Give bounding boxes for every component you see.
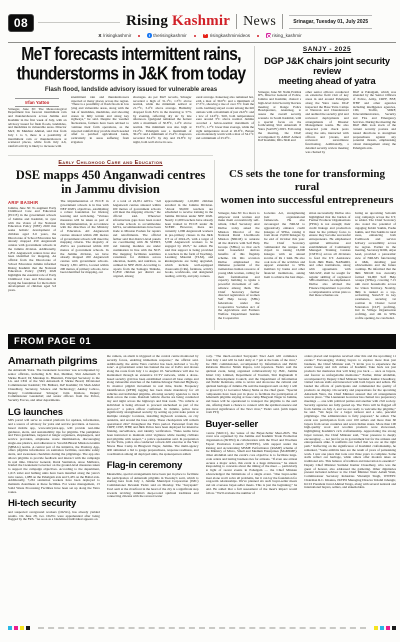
cs-column-2-text: Societies Act, strengthening their organ… xyxy=(264,212,306,340)
column-rule-vertical xyxy=(254,46,255,176)
met-byline: Irfan Yattoo xyxy=(15,98,59,107)
dgp-headline-line2: meeting ahead of yatra xyxy=(279,76,376,86)
dse-column-4-text: approximately 1,10,000 children enrolled… xyxy=(165,200,213,326)
continuation-column-2: the camera, an alarm is triggered at the… xyxy=(107,355,199,621)
social-x-handle: /risingkashmir xyxy=(103,33,131,38)
continuation-text: and suspected overground workers (OGWs),… xyxy=(8,511,100,522)
registration-cyan-square xyxy=(380,626,384,630)
met-column-2-text: intermittent rain and thundershowers exp… xyxy=(71,96,130,150)
registration-yellow-square xyxy=(374,626,378,630)
met-headline: MeT forecasts intermittent rains, thunde… xyxy=(10,46,251,85)
article-dgp-security-review: SANJY - 2025 DGP J&K chairs joint securi… xyxy=(258,46,396,183)
article-met-forecast: MeT forecasts intermittent rains, thunde… xyxy=(8,46,254,150)
dgp-kicker: SANJY - 2025 xyxy=(258,46,396,53)
registration-black-square xyxy=(26,626,30,630)
cs-column-4-text: during an upcoming 3-month long campaign… xyxy=(355,212,397,340)
x-icon: X xyxy=(98,33,101,38)
social-facebook: f therisingkashmir xyxy=(147,33,186,38)
dse-byline: ARIF BASHIR xyxy=(8,200,56,205)
registration-dash-strip xyxy=(38,627,366,629)
continuation-text: Meanwhile, special arrangements have bee… xyxy=(107,473,199,499)
social-youtube: ▶ risingkashmirvideos xyxy=(203,33,250,38)
masthead-logo: Rising Kashmir xyxy=(126,13,230,30)
continuation-heading-buyer-seller: Buyer-seller xyxy=(206,419,298,430)
continuation-text: body. “The much-awaited Suryaputri Tawi … xyxy=(206,355,298,415)
page-number-badge: 08 xyxy=(8,14,34,32)
social-instagram-handle: rising_kashmir xyxy=(272,33,302,38)
from-page-banner: FROM PAGE 01 xyxy=(8,334,396,349)
continuation-heading-amarnath-pilgrims: Amarnath pilgrims xyxy=(8,355,100,367)
header-hairline xyxy=(38,22,120,23)
masthead-logo-red: Kashmir xyxy=(172,13,230,29)
continuation-text: orders placed and inquiries received aft… xyxy=(304,355,396,490)
cs-headline-line2: women into successful entrepreneurs xyxy=(221,194,394,206)
dse-headline: DSE mapps 450 Anganwadi centres in Jammu… xyxy=(8,168,213,196)
cs-headline-line1: CS sets the tone for transforming rural xyxy=(229,168,385,193)
dse-column-1: ARIF BASHIR Jammu, June 30: To augment E… xyxy=(8,200,56,326)
met-column-3-text: shortages. As per MeT records, Srinagar … xyxy=(133,96,192,150)
newspaper-page: 08 Rising Kashmir News Srinagar, Tuesday… xyxy=(0,0,400,642)
continuation-heading-lg-launches: LG launches xyxy=(8,407,100,418)
continuation-column-4: orders placed and inquiries received aft… xyxy=(304,355,396,621)
section-rule xyxy=(8,155,213,156)
continuation-text: the Amarnath Yatra. The Lieutenant Gover… xyxy=(8,369,100,403)
continuation-column-1: Amarnath pilgrims the Amarnath Yatra. Th… xyxy=(8,355,100,621)
continuation-heading-flag-in-ceremony: Flag-in ceremony xyxy=(107,460,199,471)
facebook-icon: f xyxy=(147,33,152,38)
masthead: Rising Kashmir News Srinagar, Tuesday 01… xyxy=(126,12,372,31)
continuation-column-3: body. “The much-awaited Suryaputri Tawi … xyxy=(206,355,298,621)
dse-headline-line2: in Jammu division xyxy=(61,182,160,196)
registration-yellow-square xyxy=(20,626,24,630)
continuation-heading-hi-tech-security: Hi-tech security xyxy=(8,498,100,509)
article-dse-anganwadi: Early Childhood Care and Education DSE m… xyxy=(8,160,213,326)
dateline: Srinagar, Tuesday 01, July 2025 xyxy=(289,15,372,29)
masthead-logo-black: Rising xyxy=(126,13,168,29)
continuation-text: Centre (SKICC), the venue of the Buyer-S… xyxy=(206,432,298,496)
met-headline-line1: MeT forecasts intermittent rains, xyxy=(21,45,241,65)
dot-separator xyxy=(138,35,140,37)
registration-magenta-square xyxy=(386,626,390,630)
print-registration-marks xyxy=(8,626,396,630)
registration-black-square xyxy=(392,626,396,630)
dse-column-1-text: Jammu, June 30: To augment Early Childho… xyxy=(8,207,56,293)
met-body-columns: Irfan Yattoo Srinagar, June 30: The Mete… xyxy=(8,96,254,150)
met-headline-line2: thunderstorms in J&K from today xyxy=(17,65,246,85)
met-column-4-text: sonal average. Kokernag also remained ho… xyxy=(196,96,255,150)
youtube-icon: ▶ xyxy=(203,34,209,38)
social-x: X /risingkashmir xyxy=(98,33,131,38)
cs-column-3-text: sition successfully. Dulloo also highlig… xyxy=(309,212,351,340)
article-cs-rural-women: CS sets the tone for transforming rural … xyxy=(218,168,396,340)
instagram-icon xyxy=(266,33,271,38)
column-rule-vertical xyxy=(214,160,215,330)
header-rule xyxy=(8,42,396,43)
social-youtube-handle: risingkashmirvideos xyxy=(210,33,250,38)
met-column-1: Irfan Yattoo Srinagar, June 30: The Mete… xyxy=(8,96,67,150)
met-subtitle: Flash flood, landslide advisory issued f… xyxy=(8,86,254,93)
social-handles-row: X /risingkashmir f therisingkashmir ▶ ri… xyxy=(0,33,400,38)
dse-column-2-text: The implementation of ECCE in government… xyxy=(60,200,108,326)
dse-kicker: Early Childhood Care and Education xyxy=(8,160,213,166)
cs-headline: CS sets the tone for transforming rural … xyxy=(218,168,396,207)
dse-column-3-text: of a total of 24,951 AWCs. “All Anganwad… xyxy=(113,200,161,326)
dse-headline-line1: DSE mapps 450 Anganwadi centres xyxy=(16,168,205,182)
registration-magenta-square xyxy=(14,626,18,630)
cs-column-1-text: Srinagar, June 30: In a move to empower … xyxy=(218,212,260,340)
met-column-1-text: Srinagar, June 30: The Meteorological De… xyxy=(8,108,67,149)
registration-cyan-square xyxy=(8,626,12,630)
dgp-headline: DGP J&K chairs joint security review mee… xyxy=(258,56,396,87)
continuation-text: the camera, an alarm is triggered at the… xyxy=(107,355,199,456)
dot-separator xyxy=(257,35,259,37)
cs-body-columns: Srinagar, June 30: In a move to empower … xyxy=(218,212,396,340)
continuation-text: MIS portal will serve as central platfor… xyxy=(8,419,100,494)
social-instagram: rising_kashmir xyxy=(266,33,302,38)
masthead-divider-2 xyxy=(282,14,283,29)
section-title: News xyxy=(243,14,276,30)
dgp-headline-line1: DGP J&K chairs joint security review xyxy=(264,56,390,76)
dse-body-columns: ARIF BASHIR Jammu, June 30: To augment E… xyxy=(8,200,213,326)
continuation-columns: Amarnath pilgrims the Amarnath Yatra. Th… xyxy=(8,355,396,621)
social-facebook-handle: therisingkashmir xyxy=(153,33,186,38)
masthead-divider xyxy=(236,14,237,29)
dot-separator xyxy=(194,35,196,37)
